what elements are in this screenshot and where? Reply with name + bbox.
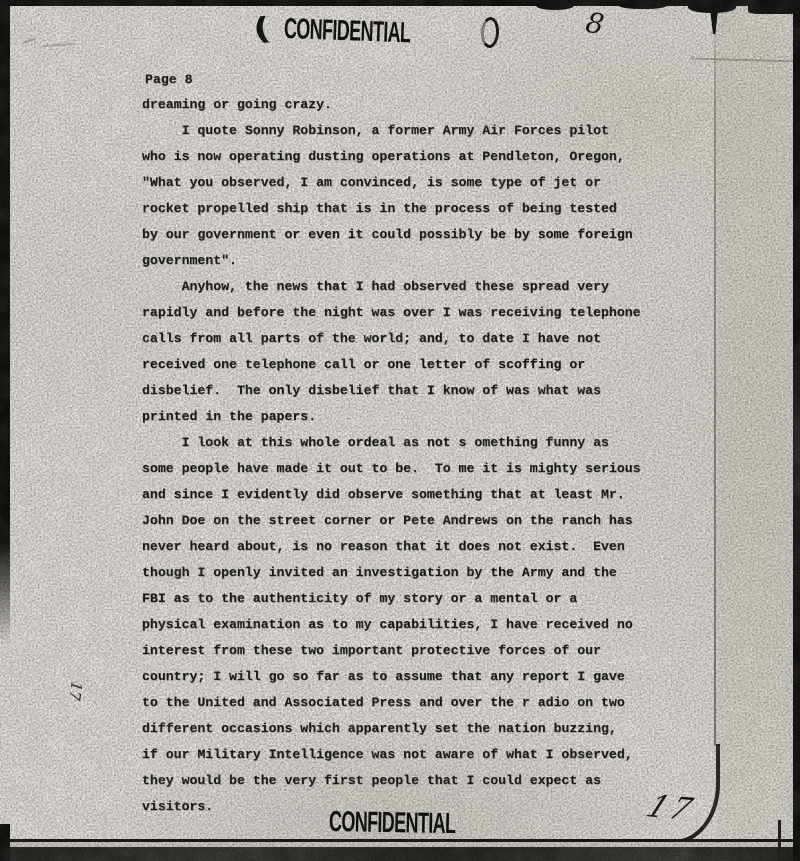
typewritten-line: John Doe on the street corner or Pete An… xyxy=(142,513,641,539)
typewritten-line: never heard about, is no reason that it … xyxy=(142,539,641,565)
scan-edge-blob xyxy=(618,0,668,9)
typewritten-line: I quote Sonny Robinson, a former Army Ai… xyxy=(142,123,641,149)
typewritten-line: government". xyxy=(142,253,641,279)
document-scan: ( CONFIDENTIAL 8 Page 8 dreaming or goin… xyxy=(0,0,800,861)
scan-edge-top xyxy=(0,0,800,6)
page-corner-curve xyxy=(556,744,720,844)
typewritten-line: calls from all parts of the world; and, … xyxy=(142,331,641,357)
typewritten-line: who is now operating dusting operations … xyxy=(142,149,641,175)
typewritten-line: by our government or even it could possi… xyxy=(142,227,641,253)
typewritten-line: rocket propelled ship that is in the pro… xyxy=(142,201,641,227)
confidential-stamp-bottom: CONFIDENTIAL xyxy=(329,806,456,841)
typewritten-line: I look at this whole ordeal as not s ome… xyxy=(142,435,641,461)
typewritten-line: to the United and Associated Press and o… xyxy=(142,695,641,721)
page-label: Page 8 xyxy=(145,72,192,87)
page-edge-line xyxy=(714,8,716,746)
typewritten-line: country; I will go so far as to assume t… xyxy=(142,669,641,695)
typewritten-line: dreaming or going crazy. xyxy=(142,97,641,123)
typewritten-line: received one telephone call or one lette… xyxy=(142,357,641,383)
scan-edge-left-bottom xyxy=(0,824,10,861)
scan-edge-right xyxy=(793,0,800,861)
scan-edge-left xyxy=(0,0,10,645)
typewritten-line: interest from these two important protec… xyxy=(142,643,641,669)
typewritten-line: and since I evidently did observe someth… xyxy=(142,487,641,513)
typewritten-line: disbelief. The only disbelief that I kno… xyxy=(142,383,641,409)
typewritten-line: physical examination as to my capabiliti… xyxy=(142,617,641,643)
scan-edge-blob xyxy=(536,0,574,10)
scan-corner-line xyxy=(778,820,781,861)
typewritten-line: printed in the papers. xyxy=(142,409,641,435)
typewritten-body: dreaming or going crazy. I quote Sonny R… xyxy=(142,97,641,825)
page-right-margin-shadow xyxy=(717,0,800,847)
handwritten-margin-number: 17 xyxy=(65,680,85,701)
typewritten-line: some people have made it out to be. To m… xyxy=(142,461,641,487)
scanner-dark-band xyxy=(0,847,800,861)
typewritten-line: Anyhow, the news that I had observed the… xyxy=(142,279,641,305)
typewritten-line: "What you observed, I am convinced, is s… xyxy=(142,175,641,201)
confidential-stamp-top: CONFIDENTIAL xyxy=(283,13,410,50)
typewritten-line: rapidly and before the night was over I … xyxy=(142,305,641,331)
typewritten-line: though I openly invited an investigation… xyxy=(142,565,641,591)
typewritten-line: FBI as to the authenticity of my story o… xyxy=(142,591,641,617)
